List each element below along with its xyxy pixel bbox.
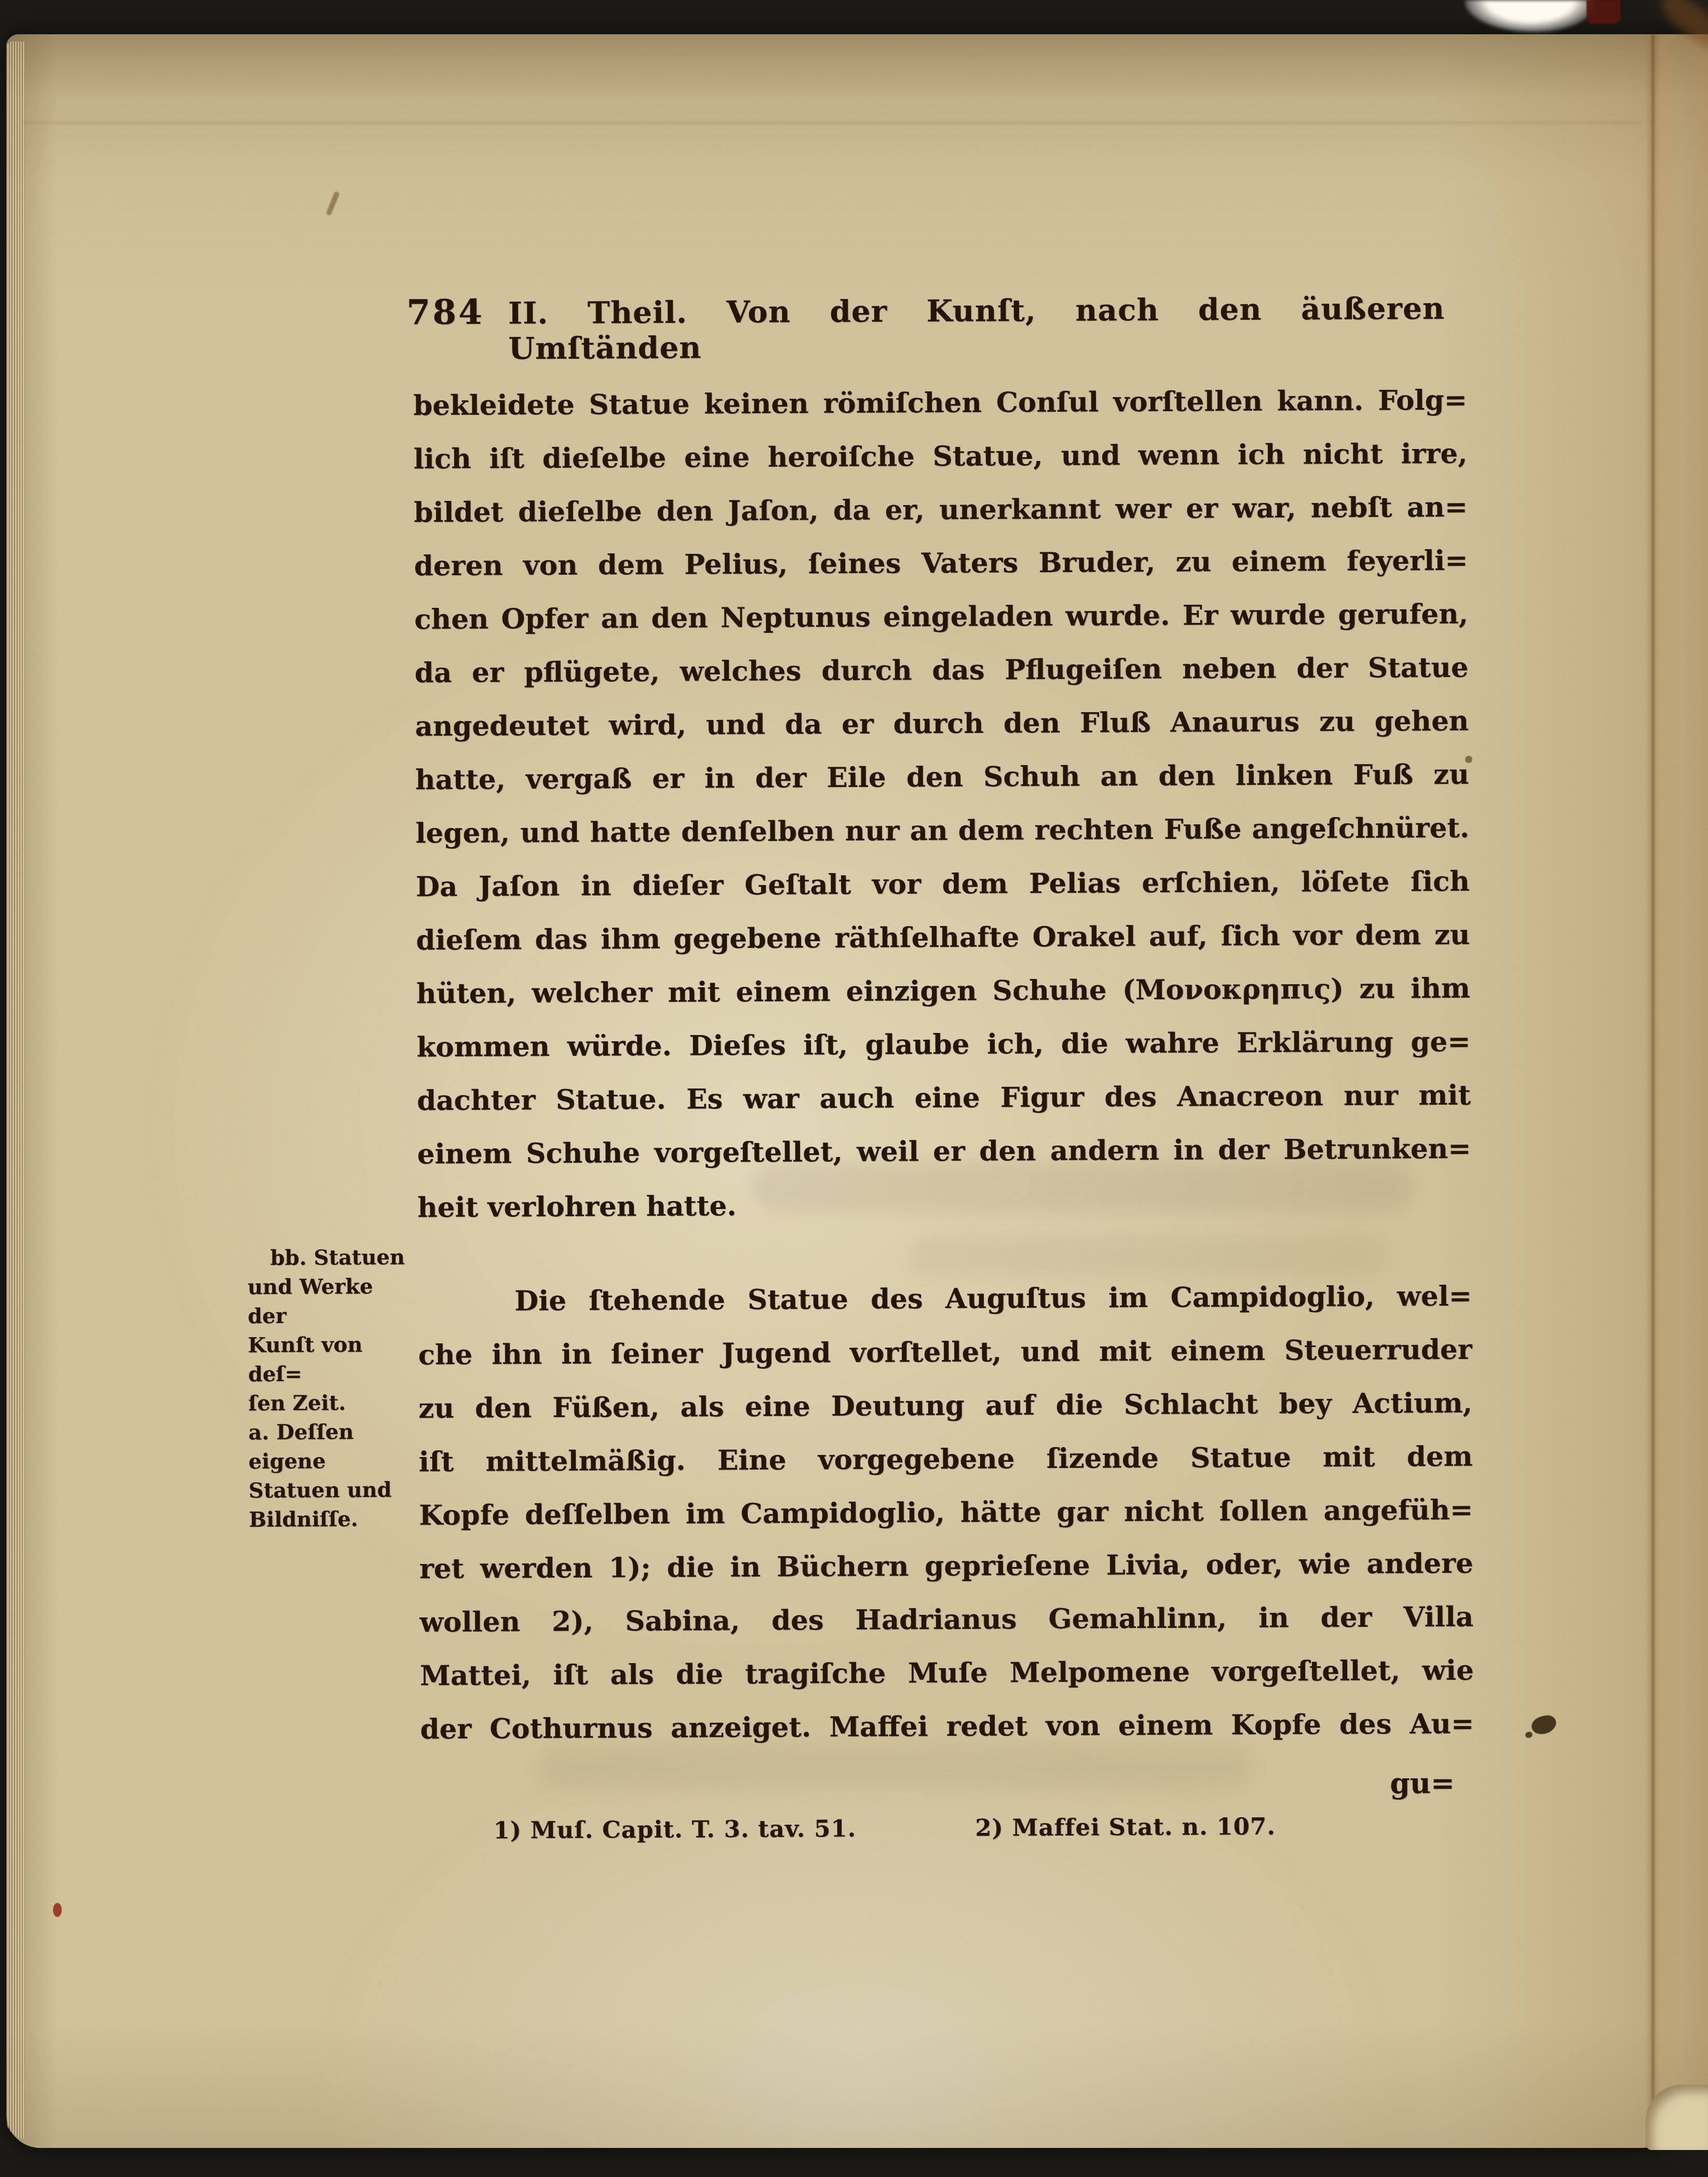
running-head-title: II. Theil. Von der Kunſt, nach den äußer… [508, 291, 1445, 366]
text-line: angedeutet wird, und da er durch den Flu… [415, 695, 1469, 754]
text-line: dachter Statue. Es war auch eine Figur d… [417, 1069, 1471, 1128]
text-line: bildet dieſelbe den Jaſon, da er, unerka… [414, 481, 1468, 540]
text-line: dieſem das ihm gegebene räthſelhafte Ora… [416, 908, 1470, 968]
text-line: iſt mittelmäßig. Eine vorgegebene ſizend… [418, 1430, 1473, 1489]
text-line: und Werke der [248, 1272, 409, 1331]
text-line: Mattei, iſt als die tragiſche Muſe Melpo… [420, 1644, 1474, 1703]
running-head: 784 II. Theil. Von der Kunſt, nach den ä… [406, 287, 1445, 366]
margin-note: bb. Statuenund Werke derKunſt von deſ=ſe… [248, 1243, 410, 1535]
text-line: heit verlohren hatte. [417, 1176, 1472, 1235]
text-line: da er pflügete, welches durch das Pfluge… [415, 641, 1469, 700]
text-line: Kunſt von deſ= [248, 1330, 409, 1390]
text-line: bekleidete Statue keinen römiſchen Conſu… [413, 374, 1468, 433]
body-paragraph-2: Die ſtehende Statue des Auguſtus im Camp… [418, 1270, 1474, 1757]
text-line: Kopfe deſſelben im Campidoglio, hätte ga… [419, 1484, 1473, 1543]
catchword: gu= [1338, 1766, 1455, 1800]
text-line: ſen Zeit. [248, 1389, 409, 1419]
printed-text-layer: 784 II. Theil. Von der Kunſt, nach den ä… [0, 0, 1708, 2172]
text-line: wollen 2), Sabina, des Hadrianus Gemahli… [419, 1590, 1474, 1650]
text-line: legen, und hatte denſelben nur an dem re… [415, 801, 1470, 861]
body-paragraph-1: bekleidete Statue keinen römiſchen Conſu… [413, 374, 1472, 1235]
text-line: a. Deſſen eigene [248, 1418, 410, 1477]
text-line: hüten, welcher mit einem einzigen Schuhe… [416, 962, 1471, 1021]
text-line: einem Schuhe vorgeſtellet, weil er den a… [417, 1122, 1471, 1181]
text-line: chen Opfer an den Neptunus eingeladen wu… [414, 588, 1469, 647]
text-line: ret werden 1); die in Büchern geprieſene… [419, 1537, 1474, 1596]
text-line: hatte, vergaß er in der Eile den Schuh a… [415, 748, 1470, 807]
text-line: Die ſtehende Statue des Auguſtus im Camp… [418, 1270, 1472, 1329]
book-scan-stage: 784 II. Theil. Von der Kunſt, nach den ä… [0, 0, 1708, 2172]
footnote-2: 2) Maffei Stat. n. 107. [975, 1813, 1276, 1842]
text-line: deren von dem Pelius, ſeines Vaters Brud… [414, 534, 1468, 593]
footnote-1: 1) Muſ. Capit. T. 3. tav. 51. [493, 1815, 856, 1844]
text-line: Da Jaſon in dieſer Geſtalt vor dem Pelia… [416, 855, 1470, 914]
text-line: kommen würde. Dieſes iſt, glaube ich, di… [416, 1015, 1471, 1074]
page-number: 784 [406, 292, 484, 333]
text-line: bb. Statuen [248, 1243, 409, 1273]
text-line: Bildniſſe. [249, 1505, 410, 1535]
text-line: der Cothurnus anzeiget. Maffei redet von… [420, 1697, 1474, 1757]
text-line: Statuen und [249, 1476, 410, 1506]
text-line: che ihn in ſeiner Jugend vorſtellet, und… [418, 1323, 1472, 1382]
text-line: lich iſt dieſelbe eine heroiſche Statue,… [413, 427, 1468, 486]
text-line: zu den Füßen, als eine Deutung auf die S… [418, 1377, 1473, 1436]
